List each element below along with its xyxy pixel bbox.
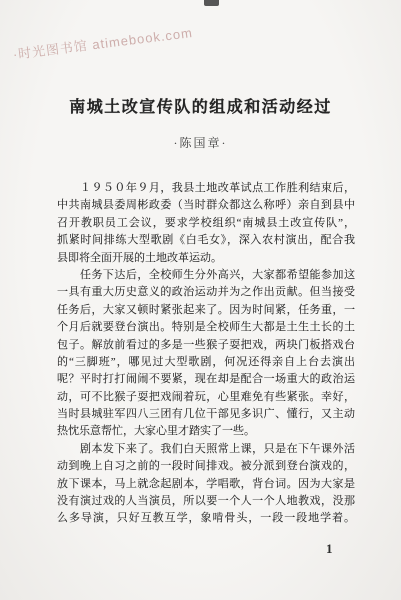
- body-line: 抓紧时间排练大型歌剧《白毛女》，深入农村演出，配合我: [57, 232, 355, 249]
- body-line: 县即将全面开展的土地改革运动。: [57, 250, 355, 267]
- page-number: 1: [326, 541, 333, 557]
- body-line: 当时县城驻军四八三团有几位干部见多识广、懂行，又主动: [57, 406, 355, 423]
- scanned-page: ·时光图书馆 atimebook.com 南城土改宣传队的组成和活动经过 ·陈国…: [0, 0, 401, 600]
- body-line: 包子。解放前看过的多是一些猴子耍把戏，两块门板搭戏台: [57, 337, 355, 354]
- body-line: 任务下达后，全校师生分外高兴，大家都希望能参加这: [57, 267, 355, 284]
- article-body: １９５０年９月，我县土地改革试点工作胜利结束后， 中共南城县委周彬政委（当时群众…: [57, 180, 355, 528]
- watermark: ·时光图书馆 atimebook.com: [12, 16, 243, 63]
- body-line: 中共南城县委周彬政委（当时群众都这么称呼）亲自到县中: [57, 197, 355, 214]
- body-line: 么多导演，只好互教互学，象啃骨头，一段一段地学着。: [57, 510, 355, 527]
- body-line: 没有演过戏的人当演员，所以要一个人一个人地教戏，没那: [57, 493, 355, 510]
- body-line: 动到晚上自习之前的一段时间排戏。被分派到登台演戏的，: [57, 458, 355, 475]
- body-line: 召开教职员工会议，要求学校组织“南城县土改宣传队”，: [57, 215, 355, 232]
- scan-artifact-mark: [204, 0, 219, 6]
- body-line: 放下课本，马上就念起剧本，学唱歌，背台词。因为大家是: [57, 476, 355, 493]
- article-title: 南城土改宣传队的组成和活动经过: [0, 94, 401, 117]
- article-author: ·陈国章·: [0, 134, 401, 151]
- body-line: 任务后，大家又顿时紧张起来了。因为时间紧，任务重，一: [57, 302, 355, 319]
- body-line: 一具有重大历史意义的政治运动并为之作出贡献。但当接受: [57, 284, 355, 301]
- body-line: １９５０年９月，我县土地改革试点工作胜利结束后，: [57, 180, 355, 197]
- body-line: 呢？平时打打闹闹不要紧，现在却是配合一场重大的政治运: [57, 371, 355, 388]
- body-line: 个月后就要登台演出。特别是全校师生大都是土生土长的土: [57, 319, 355, 336]
- body-line: 剧本发下来了。我们白天照常上课，只是在下午课外活: [57, 441, 355, 458]
- body-line: 热忱乐意帮忙，大家心里才踏实了一些。: [57, 423, 355, 440]
- body-line: 的“三脚班”，哪见过大型歌剧，何况还得亲自上台去演出: [57, 354, 355, 371]
- body-line: 动，可不比猴子耍把戏闹着玩，心里难免有些紧张。幸好，: [57, 389, 355, 406]
